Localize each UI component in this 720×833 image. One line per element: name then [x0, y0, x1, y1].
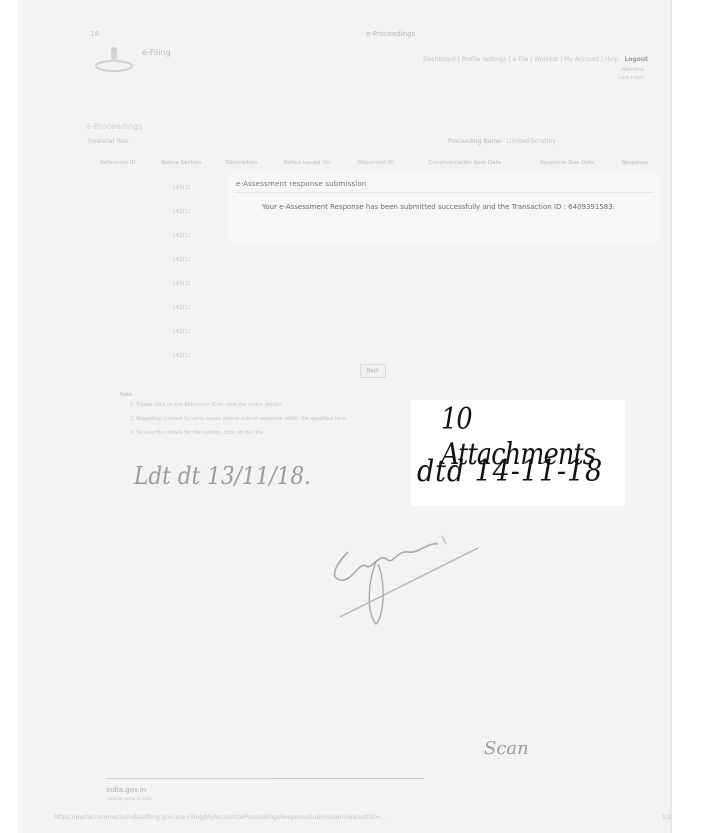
table-cell	[523, 296, 612, 320]
dialog-divider	[234, 192, 654, 193]
table-cell	[268, 320, 345, 344]
table-cell: 142(1)	[148, 344, 215, 368]
table-cell[interactable]	[88, 176, 148, 200]
table-cell	[345, 272, 406, 296]
table-cell	[523, 272, 612, 296]
table-cell	[523, 344, 612, 368]
table-cell: 143(2)	[148, 176, 215, 200]
table-cell	[268, 272, 345, 296]
table-row: 142(1)	[88, 296, 658, 320]
table-cell	[215, 272, 269, 296]
nav-profile-settings[interactable]: Profile Settings	[462, 56, 507, 63]
table-cell	[523, 248, 612, 272]
print-page-number: 1/2	[662, 814, 672, 821]
footer-divider-dark	[274, 778, 424, 779]
back-button[interactable]: Back	[360, 364, 386, 378]
table-cell	[612, 320, 658, 344]
handwritten-signature	[318, 522, 498, 632]
col-notice-section: Notice Section	[148, 150, 215, 176]
note-item: 2. Regarding Limited Scrutiny cases, ple…	[130, 416, 348, 422]
proceeding-name-label: Proceeding Name	[448, 138, 501, 145]
notes-title: Note	[120, 392, 132, 398]
handwritten-scan-note: Scan	[484, 738, 529, 759]
print-page-title: e-Proceedings	[366, 30, 415, 38]
nav-my-account[interactable]: My Account	[564, 56, 599, 63]
user-info: Welcome Last Login	[619, 66, 645, 82]
table-cell	[215, 344, 269, 368]
table-cell	[345, 320, 406, 344]
table-cell: 142(1)	[148, 224, 215, 248]
nav-worklist[interactable]: Worklist	[534, 56, 558, 63]
table-cell	[345, 248, 406, 272]
table-cell	[345, 296, 406, 320]
table-cell	[612, 272, 658, 296]
logout-link[interactable]: Logout	[624, 56, 648, 63]
table-row: 142(1)	[88, 248, 658, 272]
table-cell	[406, 320, 523, 344]
table-cell[interactable]	[88, 296, 148, 320]
nav-efile[interactable]: e-File	[513, 56, 529, 63]
table-cell	[215, 296, 269, 320]
handwritten-inward-note: Ldt dt 13/11/18.	[134, 462, 311, 490]
table-cell: 142(1)	[148, 248, 215, 272]
table-cell	[268, 248, 345, 272]
table-cell: 142(1)	[148, 320, 215, 344]
attachments-note-card: 10 Attachments dtd 14-11-18	[411, 400, 625, 506]
table-cell	[612, 344, 658, 368]
table-row: 142(1)	[88, 320, 658, 344]
table-cell	[268, 296, 345, 320]
table-cell[interactable]	[88, 344, 148, 368]
table-cell	[406, 296, 523, 320]
print-url: https://portal.incometaxindiaefiling.gov…	[54, 814, 386, 821]
table-cell[interactable]	[88, 272, 148, 296]
site-brand: e-Filing	[142, 48, 171, 57]
footer-brand[interactable]: india.gov.in	[106, 786, 146, 794]
col-reference-id: Reference ID	[88, 150, 148, 176]
dialog-title: e-Assessment response submission	[236, 180, 367, 188]
table-cell	[268, 344, 345, 368]
note-item: 3. To view the details for the notices, …	[130, 430, 265, 436]
table-cell	[406, 344, 523, 368]
table-cell	[612, 296, 658, 320]
proceeding-name-value: Limited Scrutiny	[507, 138, 556, 145]
section-title: e-Proceedings	[86, 122, 142, 131]
table-cell[interactable]	[88, 320, 148, 344]
financial-year-label: Financial Year	[88, 138, 129, 145]
top-navigation: Dashboard | Profile Settings | e-File | …	[423, 56, 648, 63]
table-cell[interactable]	[88, 224, 148, 248]
nav-help[interactable]: Help	[605, 56, 619, 63]
submission-dialog: e-Assessment response submission Your e-…	[230, 172, 660, 244]
emblem-logo-icon	[94, 46, 134, 72]
user-welcome: Welcome	[619, 66, 645, 74]
table-cell: 142(1)	[148, 200, 215, 224]
footer-brand-subtitle: national portal of india	[106, 796, 151, 801]
dialog-message: Your e-Assessment Response has been subm…	[262, 202, 652, 212]
print-index: 18	[90, 30, 99, 38]
table-cell	[406, 248, 523, 272]
table-cell[interactable]	[88, 200, 148, 224]
proceeding-name: Proceeding Name Limited Scrutiny	[448, 138, 556, 145]
table-cell	[523, 320, 612, 344]
nav-dashboard[interactable]: Dashboard	[423, 56, 456, 63]
handwritten-attachments-date: dtd 14-11-18	[417, 454, 603, 489]
table-cell	[215, 248, 269, 272]
table-row: 143(2)	[88, 272, 658, 296]
last-login: Last Login	[619, 74, 645, 82]
table-cell: 142(1)	[148, 296, 215, 320]
table-cell: 143(2)	[148, 272, 215, 296]
table-cell[interactable]	[88, 248, 148, 272]
table-cell	[215, 320, 269, 344]
table-cell	[612, 248, 658, 272]
note-item: 1. Please click on the Reference ID to v…	[130, 402, 283, 408]
table-cell	[406, 272, 523, 296]
